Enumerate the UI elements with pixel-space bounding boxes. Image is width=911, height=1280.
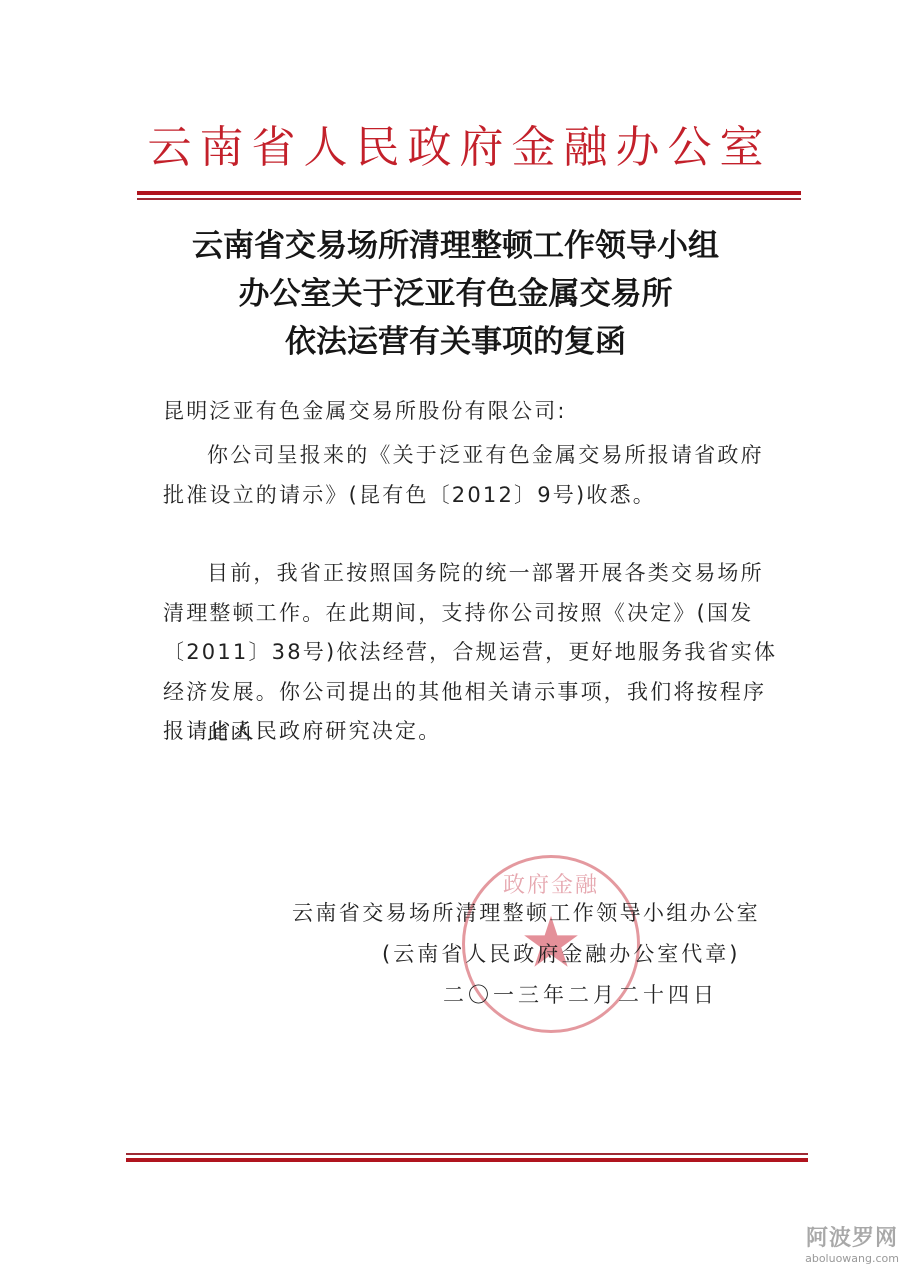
addressee: 昆明泛亚有色金属交易所股份有限公司: [163, 392, 793, 432]
footer-divider-thick [126, 1158, 808, 1162]
paragraph-2-line-3: 〔2011〕38号)依法经营，合规运营，更好地服务我省实体 [163, 633, 793, 673]
paragraph-1-line-2: 批准设立的请示》(昆有色〔2012〕9号)收悉。 [163, 476, 793, 516]
letterhead-divider-thick [137, 191, 801, 195]
letterhead-divider-thin [137, 198, 801, 200]
addressee-text: 昆明泛亚有色金属交易所股份有限公司: [163, 392, 793, 432]
closing-text: 此函 [163, 713, 793, 753]
signature-seal-note: (云南省人民政府金融办公室代章) [382, 938, 740, 968]
paragraph-2-line-2: 清理整顿工作。在此期间，支持你公司按照《决定》(国发 [163, 594, 793, 634]
watermark-chinese: 阿波罗网 [805, 1226, 899, 1252]
paragraph-1-line-1: 你公司呈报来的《关于泛亚有色金属交易所报请省政府 [163, 436, 793, 476]
paragraph-1: 你公司呈报来的《关于泛亚有色金属交易所报请省政府 批准设立的请示》(昆有色〔20… [163, 436, 793, 515]
signature-organization: 云南省交易场所清理整顿工作领导小组办公室 [292, 897, 760, 927]
paragraph-2-line-4: 经济发展。你公司提出的其他相关请示事项，我们将按程序 [163, 673, 793, 713]
title-line-2: 办公室关于泛亚有色金属交易所 [0, 270, 911, 318]
watermark-domain: aboluowang.com [805, 1252, 899, 1266]
closing: 此函 [163, 713, 793, 753]
signature-date: 二〇一三年二月二十四日 [443, 979, 718, 1009]
document-title: 云南省交易场所清理整顿工作领导小组 办公室关于泛亚有色金属交易所 依法运营有关事… [0, 222, 911, 366]
paragraph-2-line-1: 目前，我省正按照国务院的统一部署开展各类交易场所 [163, 554, 793, 594]
letterhead-org-name: 云南省人民政府金融办公室 [0, 118, 911, 178]
stamp-text: 政府金融 [465, 868, 637, 899]
site-watermark: 阿波罗网 aboluowang.com [805, 1226, 899, 1266]
footer-divider-thin [126, 1153, 808, 1155]
title-line-1: 云南省交易场所清理整顿工作领导小组 [0, 222, 911, 270]
title-line-3: 依法运营有关事项的复函 [0, 318, 911, 366]
